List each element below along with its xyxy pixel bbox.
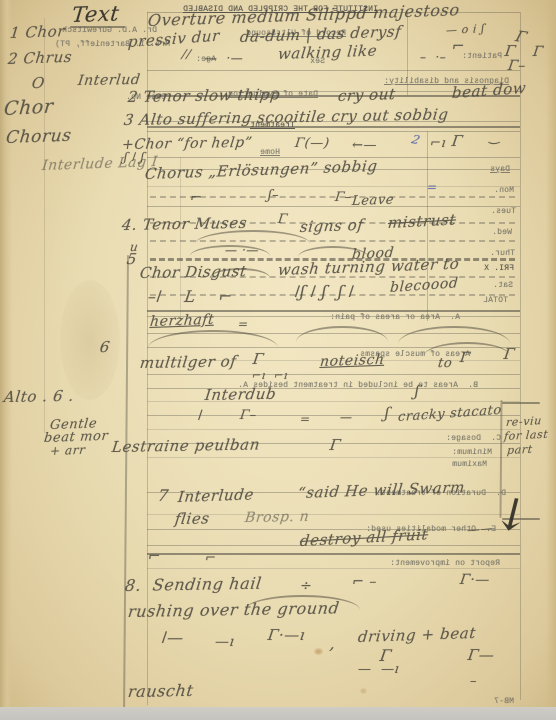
handwritten-note: — — [339, 410, 354, 424]
phrase-arc — [398, 326, 510, 344]
handwritten-note: ǀʃ ǀ ʃ ʃ ǀ — [294, 282, 356, 301]
handwritten-note: flies — [174, 509, 211, 528]
form-line-horizontal — [147, 568, 520, 569]
handwritten-note: walking like — [277, 41, 378, 63]
handwritten-note: for last — [503, 428, 548, 443]
handwritten-note: Lestraine peulban — [111, 435, 261, 456]
handwritten-note: cry out — [337, 85, 397, 105]
handwritten-note: Alto . 6 . — [3, 387, 75, 406]
handwritten-note: Text — [71, 1, 121, 27]
handwritten-note: Γ — [459, 350, 472, 366]
typed-label: Tues. — [491, 207, 516, 216]
paper-edge-right — [546, 0, 556, 720]
typed-label: Patient: — [462, 52, 502, 61]
handwritten-note: ⌐ — [204, 551, 218, 566]
typed-label: Home — [260, 148, 280, 157]
handwritten-note: Leave — [351, 192, 395, 209]
handwritten-note: — —ı — [357, 662, 401, 677]
handwritten-note: cracky stacato — [397, 403, 502, 425]
form-line-vertical — [520, 12, 521, 700]
handwritten-note: // — [181, 47, 192, 61]
handwritten-note: Chor — [3, 95, 55, 120]
handwritten-note: Interlud — [77, 72, 141, 89]
handwritten-note: – — [469, 674, 478, 689]
typed-label: Wed. — [492, 228, 512, 237]
handwritten-note: —ı — [214, 634, 236, 650]
handwritten-note: 4. Tenor Muses — [121, 214, 248, 234]
handwritten-note: Γ — [451, 132, 465, 150]
paper-stain — [314, 648, 323, 655]
handwritten-note: 1 Chor — [9, 22, 66, 42]
handwritten-note: 2 Chrus — [7, 48, 73, 68]
handwritten-note: Brosp. n — [244, 509, 310, 526]
handwritten-note: mistrust — [387, 210, 457, 232]
handwritten-note: Γ– — [239, 408, 258, 423]
handwritten-note: ʃ– — [267, 188, 280, 203]
form-line-dashed — [150, 196, 515, 198]
form-line-horizontal — [502, 402, 540, 404]
handwritten-note: — o i ʃ — [445, 22, 485, 37]
handwritten-note: 8. Sending hail — [124, 574, 263, 595]
handwritten-note: rushing over the ground — [127, 598, 341, 621]
handwritten-note: Interdub — [204, 385, 278, 404]
handwritten-note: 2 Tenor slow thipp — [127, 85, 281, 106]
handwritten-note: 7 — [157, 486, 170, 505]
handwritten-note: ⌐ — [189, 190, 204, 206]
handwritten-note: Γ– — [334, 190, 353, 205]
handwritten-note: Interlude Lag I — [41, 154, 159, 174]
handwritten-note: ⌐ — [451, 37, 467, 55]
handwritten-note: = — [237, 317, 250, 331]
handwritten-note: “said He will Swarm — [297, 478, 466, 502]
handwritten-note: = — [426, 180, 439, 194]
form-line-horizontal — [147, 70, 520, 71]
handwritten-note: Chor Disgust — [139, 262, 248, 282]
typed-label: MB-7 — [494, 697, 514, 706]
handwritten-note: ʃ — [414, 382, 421, 400]
typed-label: Sat. — [493, 281, 513, 290]
handwritten-note: noteisch — [319, 352, 385, 370]
handwritten-note: – ·– — [419, 50, 447, 64]
typed-label: Days — [490, 165, 510, 174]
handwritten-note: ǀ — [197, 408, 204, 424]
handwritten-note: to — [437, 356, 453, 371]
typed-label: Mon. — [494, 186, 514, 195]
handwritten-note: Γ — [532, 44, 545, 60]
handwritten-note: — ·— — [224, 243, 260, 257]
form-line-horizontal — [147, 186, 520, 187]
scanner-edge-bottom — [0, 707, 556, 720]
typed-label: TOTAL — [483, 296, 508, 305]
handwritten-note: Γ·—ı — [267, 626, 307, 644]
handwritten-note: multilger of — [139, 352, 238, 372]
form-line-horizontal — [147, 457, 520, 458]
form-line-horizontal — [147, 429, 520, 430]
handwritten-note: 5 — [126, 250, 139, 268]
handwritten-note: = — [299, 412, 312, 426]
handwritten-note: –ǀ L ⌐ — [147, 287, 234, 306]
handwritten-note: ǀ— — [161, 628, 186, 647]
handwritten-note: blecoood — [389, 275, 459, 296]
handwritten-note: part — [506, 443, 533, 457]
handwritten-note: ÷ — [299, 578, 314, 594]
handwritten-note: ⌐ — [147, 547, 163, 565]
form-line-horizontal — [147, 374, 520, 375]
typed-label: Minimum: — [452, 448, 492, 457]
handwritten-note: rauscht — [127, 681, 195, 701]
handwritten-note: ⌐ı ⌐ı — [251, 369, 289, 382]
handwritten-note: Γ — [252, 350, 266, 368]
handwritten-note: + arr — [49, 443, 86, 458]
typed-label: A. Area or areas of pain: — [330, 313, 460, 322]
handwritten-note: 2 — [410, 132, 422, 147]
handwritten-note: Chorus — [5, 126, 73, 148]
handwritten-note: Γ— — [467, 646, 496, 664]
handwritten-note: driving + beat — [357, 624, 477, 646]
handwritten-note: Γ– — [507, 58, 527, 74]
handwritten-note: Γ(—) — [294, 136, 331, 151]
form-line-horizontal — [147, 553, 520, 555]
handwritten-note: , — [329, 634, 337, 653]
paper-stain — [360, 688, 367, 694]
handwritten-note: ‿ — [489, 130, 502, 145]
handwritten-note: ⌐ı — [429, 136, 447, 151]
handwritten-note: re-viu — [505, 414, 542, 429]
handwritten-note: Γ — [329, 436, 343, 454]
form-line-horizontal — [147, 401, 520, 402]
phrase-arc — [296, 326, 388, 342]
handwritten-note: beat dow — [451, 79, 527, 102]
handwritten-note: ⌐ – — [351, 574, 378, 590]
handwritten-note: herzhaft — [149, 312, 215, 330]
form-line-vertical — [123, 255, 129, 713]
handwritten-note: Γ — [277, 212, 289, 227]
typed-label: Maximum — [452, 460, 487, 469]
handwritten-note: — ·— — [204, 51, 244, 65]
form-line-horizontal — [147, 206, 520, 207]
typed-label: Thur. — [490, 249, 515, 258]
handwritten-note: ←— — [351, 138, 378, 153]
handwritten-note: Γ·— — [459, 572, 491, 588]
handwritten-note: O — [31, 74, 46, 92]
typed-label: FRI. X — [484, 264, 514, 273]
typed-label: Report on improvement: — [390, 559, 500, 568]
handwritten-note: ʃ — [384, 404, 391, 422]
handwritten-note: Interlude — [177, 485, 255, 506]
typed-label: C. Dosage: — [446, 434, 501, 443]
handwritten-note: signs of — [299, 216, 364, 236]
scanned-page: INSTITUTE FOR THE CRIPPLED AND DISABLEDR… — [0, 0, 556, 720]
